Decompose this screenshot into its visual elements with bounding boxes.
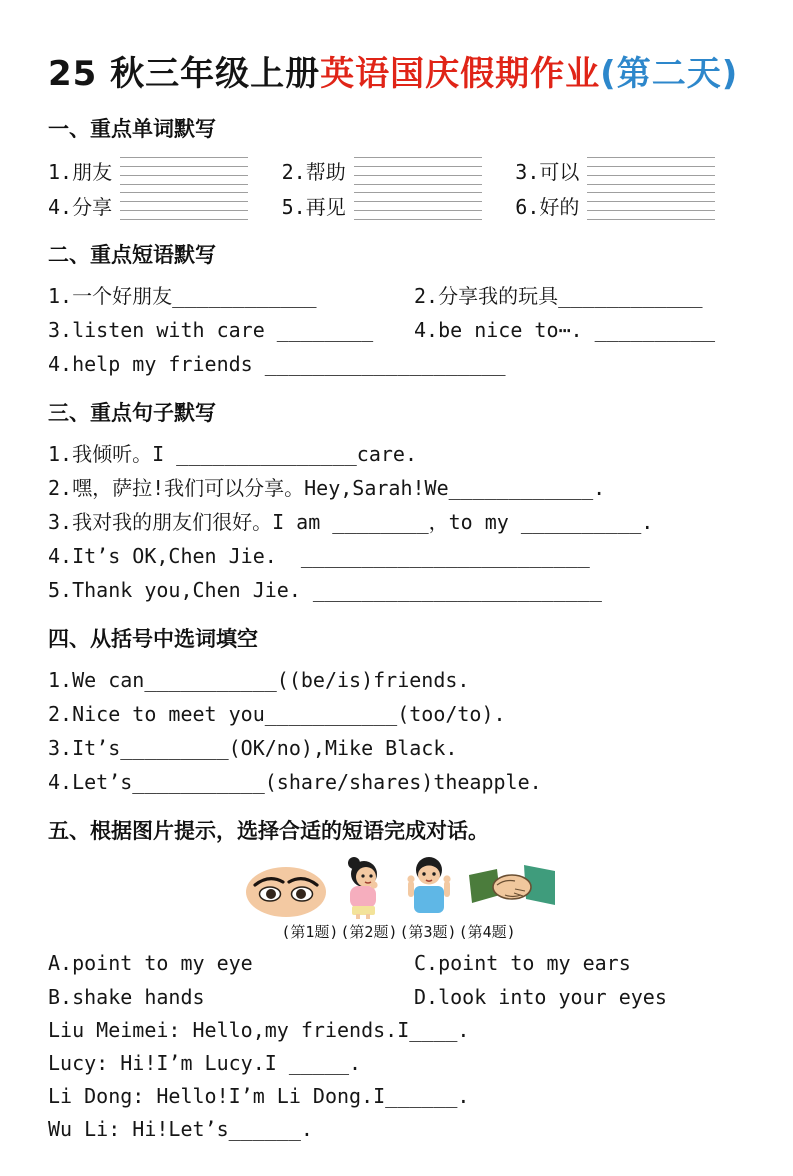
words-grid: 1.朋友 2.帮助 3.可以 4.分享 5.再见 6.好的	[48, 153, 749, 223]
page-title: 25 秋三年级上册英语国庆假期作业(第二天)	[48, 46, 749, 95]
options-row: A.point to my eye C.point to my ears	[48, 946, 749, 980]
writing-guide-lines	[587, 192, 715, 220]
choose-line: 3.It’s_________(OK/no),Mike Black.	[48, 731, 749, 765]
phrase-line: 4.help my friends ____________________	[48, 347, 749, 381]
picture-caption: (第3题)	[400, 921, 457, 942]
option-c: C.point to my ears	[414, 946, 749, 980]
word-item: 6.好的	[515, 191, 749, 220]
phrase-row: 1.一个好朋友____________ 2.分享我的玩具____________	[48, 279, 749, 313]
phrase-line: 3.listen with care ________	[48, 313, 414, 347]
choose-line: 4.Let’s___________(share/shares)theapple…	[48, 765, 749, 799]
word-item: 1.朋友	[48, 156, 282, 185]
writing-guide-lines	[120, 192, 248, 220]
word-label: 3.可以	[515, 156, 579, 185]
choose-line: 1.We can___________((be/is)friends.	[48, 663, 749, 697]
title-part-black: 25 秋三年级上册	[48, 54, 320, 94]
word-item: 5.再见	[282, 191, 516, 220]
dialog-line: Lucy: Hi!I’m Lucy.I _____.	[48, 1047, 749, 1080]
sentence-line: 2.嘿，萨拉!我们可以分享。Hey,Sarah!We____________.	[48, 471, 749, 505]
boy-pointing-ears-image	[397, 855, 461, 919]
handshake-image	[469, 859, 555, 919]
picture-caption: (第4题)	[459, 921, 516, 942]
section-phrases-heading: 二、重点短语默写	[48, 239, 749, 269]
word-label: 4.分享	[48, 191, 112, 220]
word-label: 1.朋友	[48, 156, 112, 185]
sentence-line: 5.Thank you,Chen Jie. __________________…	[48, 573, 749, 607]
option-a: A.point to my eye	[48, 946, 414, 980]
options-row: B.shake hands D.look into your eyes	[48, 980, 749, 1014]
sentence-line: 3.我对我的朋友们很好。I am ________，to my ________…	[48, 505, 749, 539]
section-choose-heading: 四、从括号中选词填空	[48, 623, 749, 653]
worksheet-page: 25 秋三年级上册英语国庆假期作业(第二天) 一、重点单词默写 1.朋友 2.帮…	[0, 0, 793, 1176]
picture-strip: (第1题) (第2题) (第3题) (第4题)	[48, 855, 749, 942]
word-label: 2.帮助	[282, 156, 346, 185]
phrase-row: 3.listen with care ________ 4.be nice to…	[48, 313, 749, 347]
girl-image	[337, 855, 389, 919]
title-part-red: 英语国庆假期作业	[320, 54, 600, 94]
picture-captions: (第1题) (第2题) (第3题) (第4题)	[281, 921, 515, 942]
option-b: B.shake hands	[48, 980, 414, 1014]
word-item: 3.可以	[515, 156, 749, 185]
title-part-blue: (第二天)	[600, 54, 738, 94]
section-sentences-heading: 三、重点句子默写	[48, 397, 749, 427]
eyes-image	[243, 863, 329, 919]
picture-caption: (第2题)	[340, 921, 397, 942]
writing-guide-lines	[354, 192, 482, 220]
dialog-line: Wu Li: Hi!Let’s______.	[48, 1113, 749, 1146]
writing-guide-lines	[120, 157, 248, 185]
choose-line: 2.Nice to meet you___________(too/to).	[48, 697, 749, 731]
phrase-line: 1.一个好朋友____________	[48, 279, 414, 313]
picture-caption: (第1题)	[281, 921, 338, 942]
pictures-row	[243, 855, 555, 919]
phrase-line: 4.be nice to⋯. __________	[414, 313, 749, 347]
dialog-line: Liu Meimei: Hello,my friends.I____.	[48, 1014, 749, 1047]
word-label: 5.再见	[282, 191, 346, 220]
sentence-line: 1.我倾听。I _______________care.	[48, 437, 749, 471]
writing-guide-lines	[354, 157, 482, 185]
dialog-line: Li Dong: Hello!I’m Li Dong.I______.	[48, 1080, 749, 1113]
section-words-heading: 一、重点单词默写	[48, 113, 749, 143]
section-dialog-heading: 五、根据图片提示，选择合适的短语完成对话。	[48, 815, 749, 845]
dialog-block: Liu Meimei: Hello,my friends.I____. Lucy…	[48, 1014, 749, 1146]
word-item: 4.分享	[48, 191, 282, 220]
word-item: 2.帮助	[282, 156, 516, 185]
writing-guide-lines	[587, 157, 715, 185]
sentence-line: 4.It’s OK,Chen Jie. ____________________…	[48, 539, 749, 573]
word-label: 6.好的	[515, 191, 579, 220]
option-d: D.look into your eyes	[414, 980, 749, 1014]
phrase-line: 2.分享我的玩具____________	[414, 279, 749, 313]
